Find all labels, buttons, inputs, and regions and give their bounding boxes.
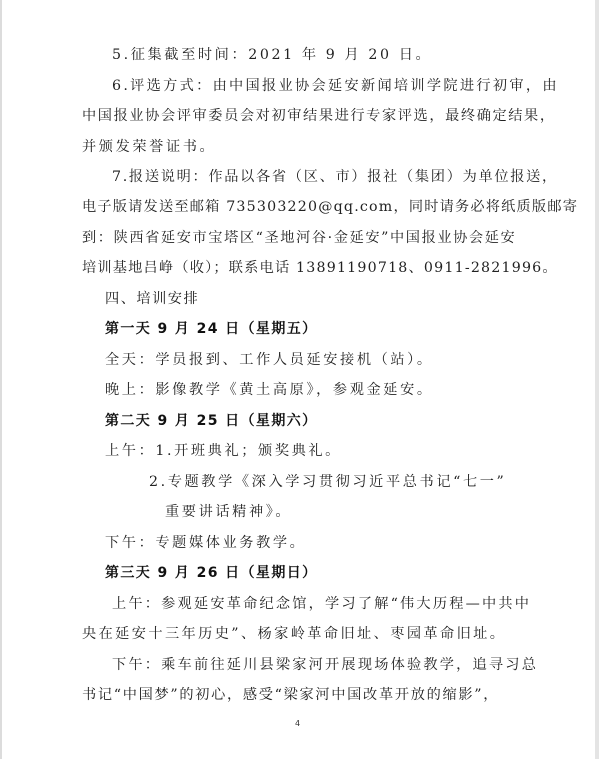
page-number: 4 <box>295 719 300 728</box>
day-1-all-day: 全天：学员报到、工作人员延安接机（站）。 <box>105 350 434 370</box>
item-6-line-1: 6.评选方式：由中国报业协会延安新闻培训学院进行初审，由 <box>112 76 559 96</box>
day-3-morning-line-1: 上午：参观延安革命纪念馆，学习了解“伟大历程—中共中 <box>112 594 531 614</box>
day-3-morning-line-2: 央在延安十三年历史”、杨家岭革命旧址、枣园革命旧址。 <box>82 624 506 644</box>
item-7-line-2: 电子版请发送至邮箱 735303220@qq.com，同时请务必将纸质版邮寄 <box>82 197 578 217</box>
item-7-line-1: 7.报送说明：作品以各省（区、市）报社（集团）为单位报送， <box>112 167 558 187</box>
section-4-title: 四、培训安排 <box>105 289 199 309</box>
day-2-morning-item-2-line-1: 2.专题教学《深入学习贯彻习近平总书记“七一” <box>149 472 506 492</box>
item-7-line-3: 到：陕西省延安市宝塔区“圣地河谷·金延安”中国报业协会延安 <box>82 228 516 248</box>
day-2-afternoon: 下午：专题媒体业务教学。 <box>105 533 306 553</box>
day-3-afternoon-line-1: 下午：乘车前往延川县梁家河开展现场体验教学，追寻习总 <box>112 655 538 675</box>
day-1-heading: 第一天 9 月 24 日（星期五） <box>105 319 318 339</box>
day-2-morning-item-1: 上午：1.开班典礼；颁奖典礼。 <box>105 441 342 461</box>
day-1-evening: 晚上：影像教学《黄土高原》，参观金延安。 <box>105 380 434 400</box>
item-5-deadline: 5.征集截至时间：2021 年 9 月 20 日。 <box>112 45 432 65</box>
item-6-line-3: 并颁发荣誉证书。 <box>82 137 216 157</box>
day-2-heading: 第二天 9 月 25 日（星期六） <box>105 411 318 431</box>
day-2-morning-item-2-line-2: 重要讲话精神》。 <box>165 502 292 522</box>
page-left-border <box>0 0 2 759</box>
viewer-scrollbar-track[interactable] <box>595 0 599 759</box>
item-6-line-2: 中国报业协会评审委员会对初审结果进行专家评选，最终确定结果， <box>82 106 556 126</box>
day-3-afternoon-line-2: 书记“中国梦”的初心，感受“梁家河中国改革开放的缩影”， <box>82 685 499 705</box>
day-3-heading: 第三天 9 月 26 日（星期日） <box>105 563 318 583</box>
item-7-line-4: 培训基地吕峥（收）；联系电话 13891190718、0911-2821996。 <box>82 258 558 278</box>
